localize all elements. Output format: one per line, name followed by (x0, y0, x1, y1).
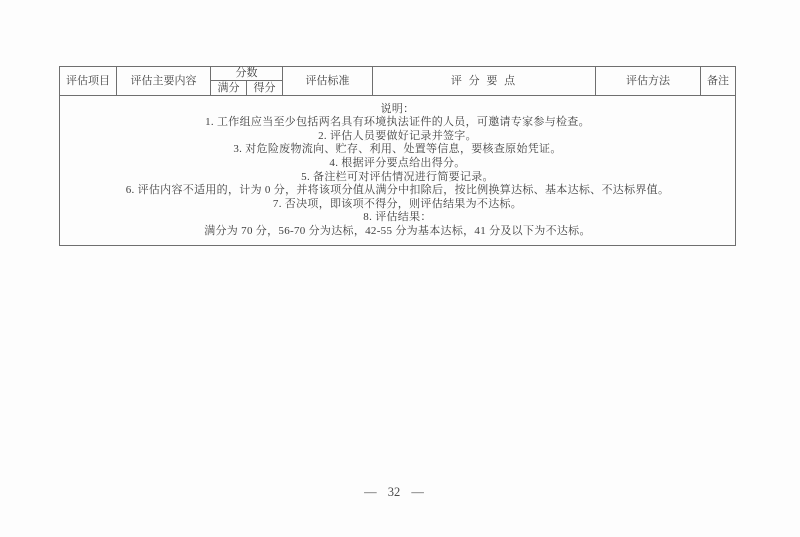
header-earned-score: 得分 (247, 81, 283, 96)
notes-line-6: 6. 评估内容不适用的，计为 0 分，并将该项分值从满分中扣除后，按比例换算达标… (60, 184, 735, 198)
notes-line-7: 7. 否决项，即该项不得分，则评估结果为不达标。 (60, 198, 735, 212)
header-standard: 评估标准 (283, 67, 373, 96)
scanned-document-page: 评估项目 评估主要内容 分数 评估标准 评 分 要 点 评估方法 备注 满分 得… (0, 0, 800, 537)
header-scoring-points: 评 分 要 点 (373, 67, 596, 96)
header-eval-item: 评估项目 (60, 67, 117, 96)
notes-line-4: 4. 根据评分要点给出得分。 (60, 157, 735, 171)
header-score-group: 分数 (211, 67, 283, 81)
header-method: 评估方法 (596, 67, 701, 96)
notes-line-3: 3. 对危险废物流向、贮存、利用、处置等信息，要核查原始凭证。 (60, 143, 735, 157)
notes-title: 说明： (60, 103, 735, 117)
notes-line-5: 5. 备注栏可对评估情况进行简要记录。 (60, 171, 735, 185)
header-full-score: 满分 (211, 81, 247, 96)
notes-cell: 说明： 1. 工作组应当至少包括两名具有环境执法证件的人员，可邀请专家参与检查。… (60, 96, 736, 246)
page-number: — 32 — (0, 485, 788, 500)
evaluation-table: 评估项目 评估主要内容 分数 评估标准 评 分 要 点 评估方法 备注 满分 得… (59, 66, 736, 246)
header-main-content: 评估主要内容 (117, 67, 211, 96)
notes-line-1: 1. 工作组应当至少包括两名具有环境执法证件的人员，可邀请专家参与检查。 (60, 116, 735, 130)
notes-line-8: 8. 评估结果： (60, 211, 735, 225)
notes-line-2: 2. 评估人员要做好记录并签字。 (60, 130, 735, 144)
header-remark: 备注 (701, 67, 736, 96)
notes-line-9: 满分为 70 分，56-70 分为达标，42-55 分为基本达标，41 分及以下… (60, 225, 735, 239)
